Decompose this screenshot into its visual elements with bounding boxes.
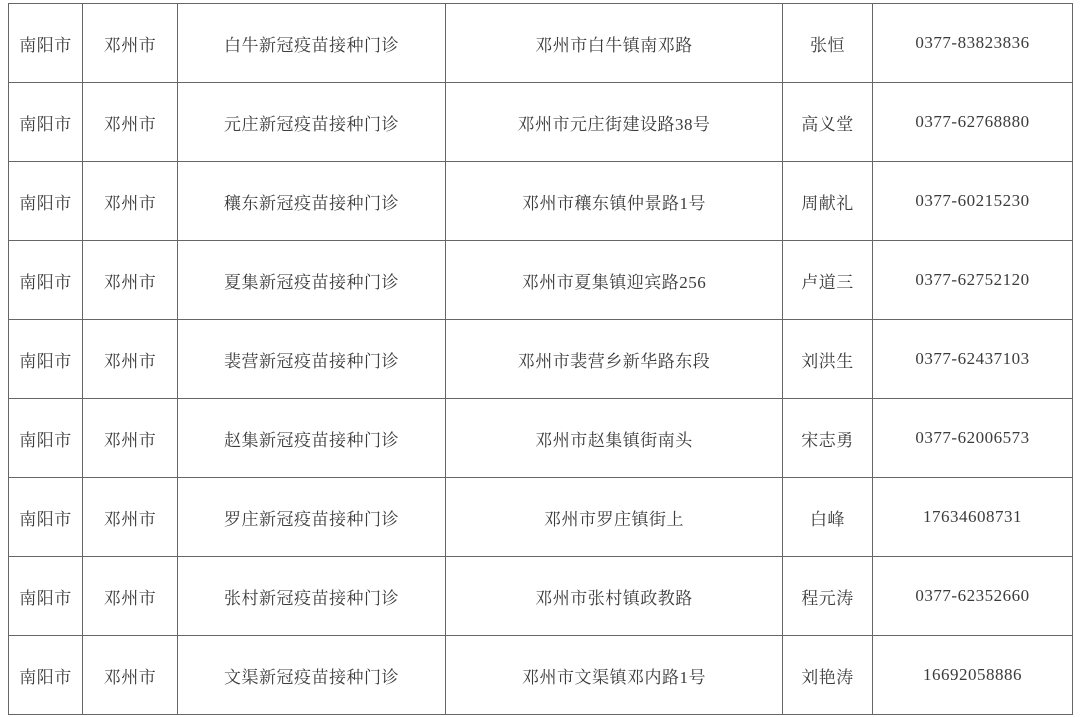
phone-number-cell: 17634608731	[873, 478, 1073, 557]
county-cell: 邓州市	[83, 4, 178, 83]
phone-number-cell: 0377-62006573	[873, 399, 1073, 478]
county-cell: 邓州市	[83, 557, 178, 636]
clinic-name-cell: 夏集新冠疫苗接种门诊	[178, 241, 446, 320]
phone-number-cell: 0377-62768880	[873, 83, 1073, 162]
city-cell: 南阳市	[9, 83, 83, 162]
address-cell: 邓州市文渠镇邓内路1号	[446, 636, 783, 715]
county-cell: 邓州市	[83, 399, 178, 478]
clinic-name-cell: 赵集新冠疫苗接种门诊	[178, 399, 446, 478]
document-page: 南阳市邓州市白牛新冠疫苗接种门诊邓州市白牛镇南邓路张恒0377-83823836…	[0, 0, 1080, 717]
contact-name-cell: 周献礼	[783, 162, 873, 241]
clinic-name-cell: 裴营新冠疫苗接种门诊	[178, 320, 446, 399]
address-cell: 邓州市赵集镇街南头	[446, 399, 783, 478]
contact-name-cell: 刘艳涛	[783, 636, 873, 715]
address-cell: 邓州市裴营乡新华路东段	[446, 320, 783, 399]
table-row: 南阳市邓州市穰东新冠疫苗接种门诊邓州市穰东镇仲景路1号周献礼0377-60215…	[9, 162, 1073, 241]
address-cell: 邓州市张村镇政教路	[446, 557, 783, 636]
table-row: 南阳市邓州市张村新冠疫苗接种门诊邓州市张村镇政教路程元涛0377-6235266…	[9, 557, 1073, 636]
city-cell: 南阳市	[9, 241, 83, 320]
city-cell: 南阳市	[9, 4, 83, 83]
clinic-name-cell: 文渠新冠疫苗接种门诊	[178, 636, 446, 715]
clinic-name-cell: 罗庄新冠疫苗接种门诊	[178, 478, 446, 557]
address-cell: 邓州市穰东镇仲景路1号	[446, 162, 783, 241]
county-cell: 邓州市	[83, 83, 178, 162]
table-row: 南阳市邓州市文渠新冠疫苗接种门诊邓州市文渠镇邓内路1号刘艳涛1669205888…	[9, 636, 1073, 715]
contact-name-cell: 卢道三	[783, 241, 873, 320]
city-cell: 南阳市	[9, 636, 83, 715]
clinic-table-body: 南阳市邓州市白牛新冠疫苗接种门诊邓州市白牛镇南邓路张恒0377-83823836…	[9, 4, 1073, 715]
address-cell: 邓州市夏集镇迎宾路256	[446, 241, 783, 320]
county-cell: 邓州市	[83, 241, 178, 320]
phone-number-cell: 0377-60215230	[873, 162, 1073, 241]
clinic-name-cell: 张村新冠疫苗接种门诊	[178, 557, 446, 636]
city-cell: 南阳市	[9, 320, 83, 399]
table-row: 南阳市邓州市裴营新冠疫苗接种门诊邓州市裴营乡新华路东段刘洪生0377-62437…	[9, 320, 1073, 399]
table-row: 南阳市邓州市元庄新冠疫苗接种门诊邓州市元庄街建设路38号高义堂0377-6276…	[9, 83, 1073, 162]
phone-number-cell: 0377-62752120	[873, 241, 1073, 320]
clinic-name-cell: 穰东新冠疫苗接种门诊	[178, 162, 446, 241]
city-cell: 南阳市	[9, 478, 83, 557]
phone-number-cell: 16692058886	[873, 636, 1073, 715]
county-cell: 邓州市	[83, 478, 178, 557]
contact-name-cell: 张恒	[783, 4, 873, 83]
county-cell: 邓州市	[83, 636, 178, 715]
address-cell: 邓州市元庄街建设路38号	[446, 83, 783, 162]
clinic-name-cell: 元庄新冠疫苗接种门诊	[178, 83, 446, 162]
vaccination-clinic-table: 南阳市邓州市白牛新冠疫苗接种门诊邓州市白牛镇南邓路张恒0377-83823836…	[8, 3, 1073, 715]
table-row: 南阳市邓州市白牛新冠疫苗接种门诊邓州市白牛镇南邓路张恒0377-83823836	[9, 4, 1073, 83]
contact-name-cell: 高义堂	[783, 83, 873, 162]
table-row: 南阳市邓州市赵集新冠疫苗接种门诊邓州市赵集镇街南头宋志勇0377-6200657…	[9, 399, 1073, 478]
table-row: 南阳市邓州市夏集新冠疫苗接种门诊邓州市夏集镇迎宾路256卢道三0377-6275…	[9, 241, 1073, 320]
contact-name-cell: 宋志勇	[783, 399, 873, 478]
county-cell: 邓州市	[83, 162, 178, 241]
city-cell: 南阳市	[9, 399, 83, 478]
address-cell: 邓州市罗庄镇街上	[446, 478, 783, 557]
city-cell: 南阳市	[9, 162, 83, 241]
contact-name-cell: 程元涛	[783, 557, 873, 636]
contact-name-cell: 刘洪生	[783, 320, 873, 399]
phone-number-cell: 0377-62437103	[873, 320, 1073, 399]
phone-number-cell: 0377-62352660	[873, 557, 1073, 636]
contact-name-cell: 白峰	[783, 478, 873, 557]
clinic-name-cell: 白牛新冠疫苗接种门诊	[178, 4, 446, 83]
county-cell: 邓州市	[83, 320, 178, 399]
city-cell: 南阳市	[9, 557, 83, 636]
address-cell: 邓州市白牛镇南邓路	[446, 4, 783, 83]
phone-number-cell: 0377-83823836	[873, 4, 1073, 83]
table-row: 南阳市邓州市罗庄新冠疫苗接种门诊邓州市罗庄镇街上白峰17634608731	[9, 478, 1073, 557]
